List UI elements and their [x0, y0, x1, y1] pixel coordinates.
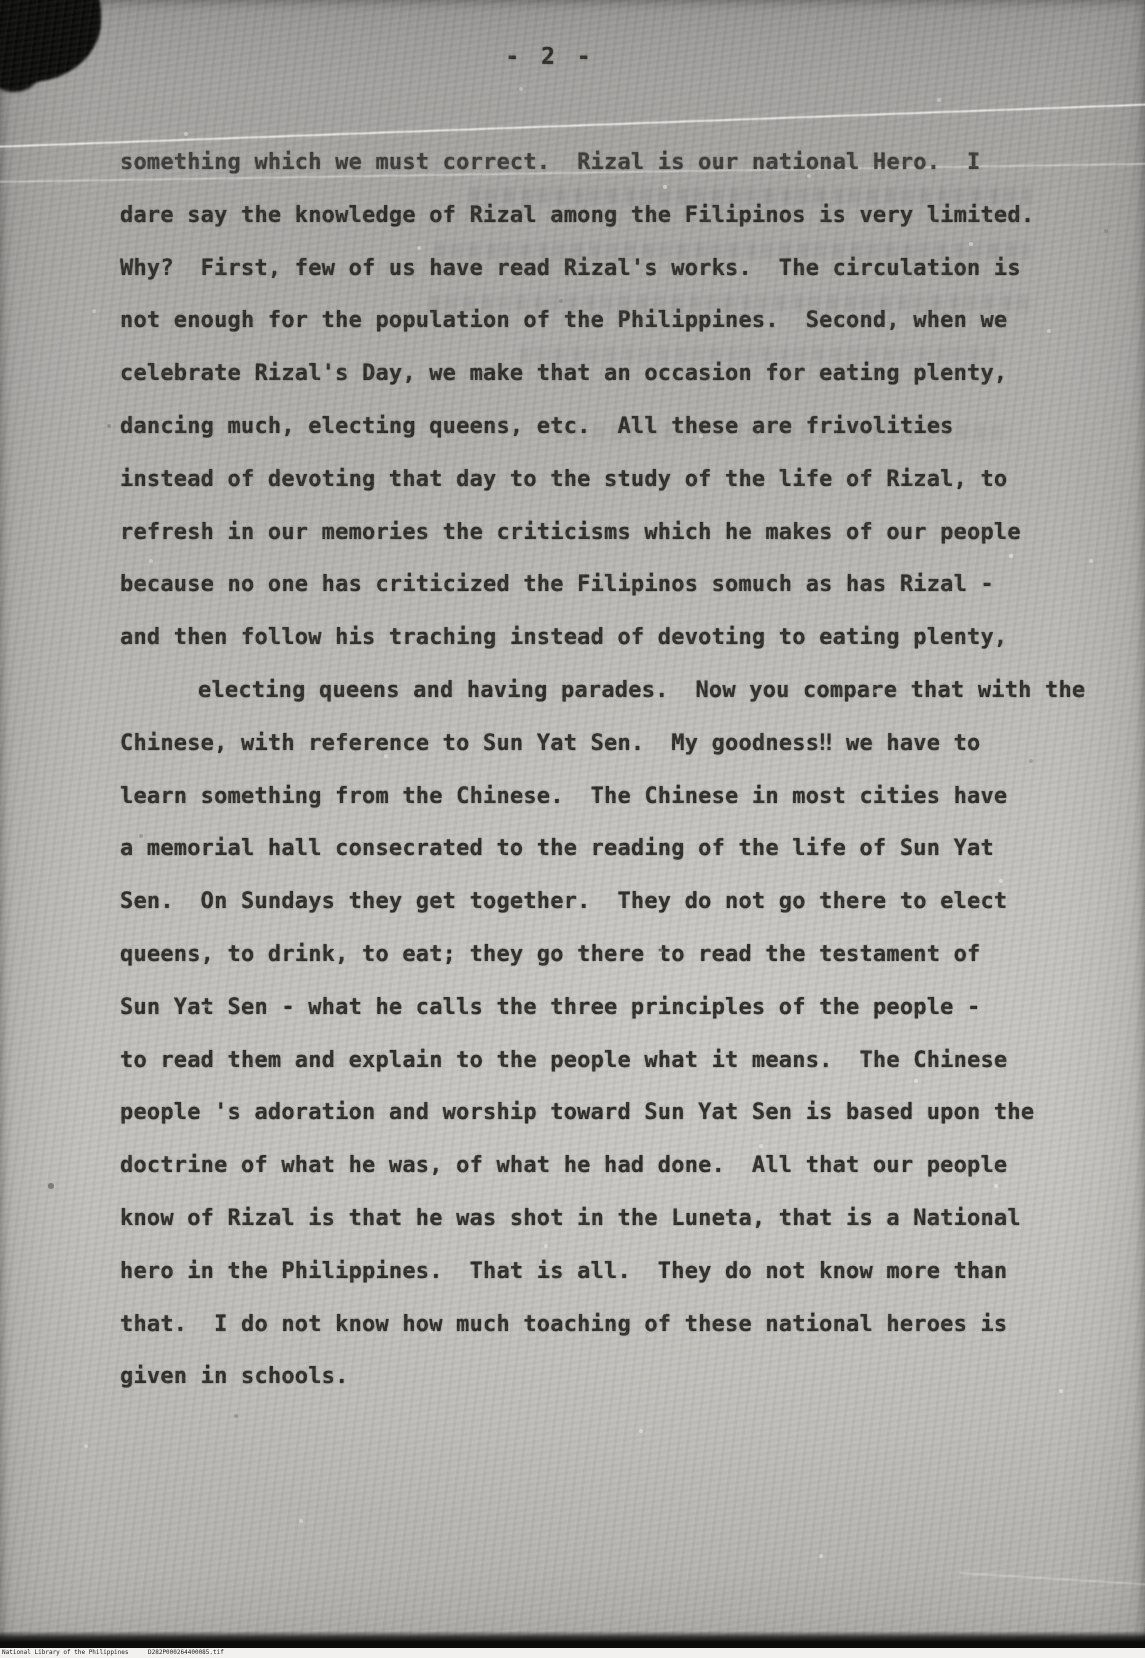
typed-line: because no one has criticized the Filipi… [120, 559, 1130, 612]
typed-line: hero in the Philippines. That is all. Th… [120, 1246, 1130, 1299]
scanned-document-page: - 2 - something which we must correct. R… [0, 0, 1145, 1658]
typed-line: electing queens and having parades. Now … [120, 665, 1130, 718]
typed-line: given in schools. [120, 1351, 1130, 1404]
typed-line: a memorial hall consecrated to the readi… [120, 823, 1130, 876]
typed-line: and then follow his traching instead of … [120, 612, 1130, 665]
paper-crease-line [960, 1572, 1145, 1587]
typed-line: know of Rizal is that he was shot in the… [120, 1193, 1130, 1246]
library-name: National Library of the Philippines [2, 1648, 128, 1658]
typed-line: Sun Yat Sen - what he calls the three pr… [120, 982, 1130, 1035]
typed-line: doctrine of what he was, of what he had … [120, 1140, 1130, 1193]
typewritten-body: something which we must correct. Rizal i… [120, 137, 1130, 1404]
typed-line: Sen. On Sundays they get together. They … [120, 876, 1130, 929]
typed-line: something which we must correct. Rizal i… [120, 137, 1130, 190]
typed-line: people 's adoration and worship toward S… [120, 1087, 1130, 1140]
typed-line: queens, to drink, to eat; they go there … [120, 929, 1130, 982]
typed-line: refresh in our memories the criticisms w… [120, 507, 1130, 560]
file-id: D282P000264400085.tif [148, 1648, 224, 1658]
typed-line: Chinese, with reference to Sun Yat Sen. … [120, 718, 1130, 771]
typed-line: dancing much, electing queens, etc. All … [120, 401, 1130, 454]
typed-line: dare say the knowledge of Rizal among th… [120, 190, 1130, 243]
typed-line: not enough for the population of the Phi… [120, 295, 1130, 348]
typed-line: learn something from the Chinese. The Ch… [120, 771, 1130, 824]
typed-line: to read them and explain to the people w… [120, 1035, 1130, 1088]
scan-footer-bar [0, 1631, 1145, 1648]
typed-line: that. I do not know how much toaching of… [120, 1299, 1130, 1352]
typed-line: celebrate Rizal's Day, we make that an o… [120, 348, 1130, 401]
typed-line: instead of devoting that day to the stud… [120, 454, 1130, 507]
typed-line: Why? First, few of us have read Rizal's … [120, 243, 1130, 296]
page-number: - 2 - [460, 44, 640, 70]
scan-footer-strip: National Library of the Philippines D282… [0, 1648, 1145, 1658]
